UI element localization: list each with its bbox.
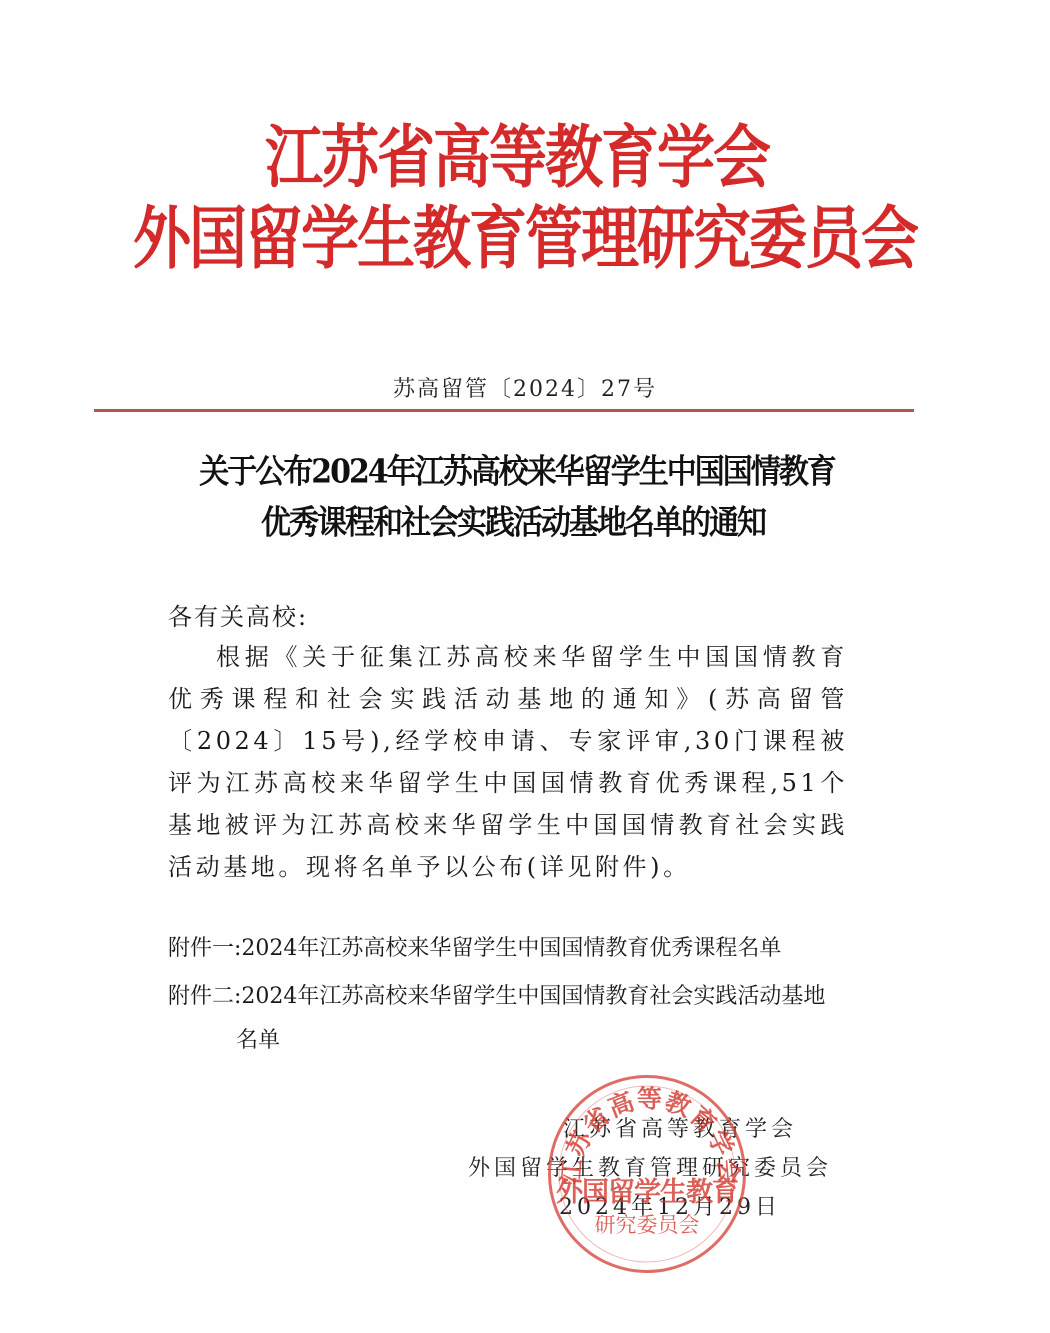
attachment-text-continuation: 名单 [168,1021,868,1061]
notice-title-line-1: 关于公布2024年江苏高校来华留学生中国国情教育 [0,444,1042,492]
attachment-label: 附件一: [168,936,241,961]
red-divider-line [94,409,914,412]
notice-title-line-2: 优秀课程和社会实践活动基地名单的通知 [0,495,1038,543]
attachment-label: 附件二: [168,984,241,1009]
body-paragraph: 根据《关于征集江苏高校来华留学生中国国情教育优秀课程和社会实践活动基地的通知》(… [168,636,848,888]
signature-date: 2024年12月29日 [460,1188,840,1227]
attachment-item: 附件二:2024年江苏高校来华留学生中国国情教育社会实践活动基地 名单 [168,973,868,1061]
attachment-text: 2024年江苏高校来华留学生中国国情教育社会实践活动基地 [241,984,825,1009]
attachments-list: 附件一:2024年江苏高校来华留学生中国国情教育优秀课程名单 附件二:2024年… [168,925,868,1061]
signature-block: 江苏省高等教育学会 外国留学生教育管理研究委员会 2024年12月29日 [460,1110,840,1227]
document-page: 江苏省高等教育学会 外国留学生教育管理研究委员会 苏高留管〔2024〕27号 关… [0,0,1050,1333]
signature-org-line-1: 江苏省高等教育学会 [460,1110,840,1149]
attachment-text: 2024年江苏高校来华留学生中国国情教育优秀课程名单 [241,936,781,961]
attachment-item: 附件一:2024年江苏高校来华留学生中国国情教育优秀课程名单 [168,925,868,973]
document-number: 苏高留管〔2024〕27号 [0,372,1050,403]
masthead-line-2: 外国留学生教育管理研究委员会 [0,183,1050,282]
signature-org-line-2: 外国留学生教育管理研究委员会 [460,1149,840,1188]
salutation: 各有关高校: [168,597,308,632]
